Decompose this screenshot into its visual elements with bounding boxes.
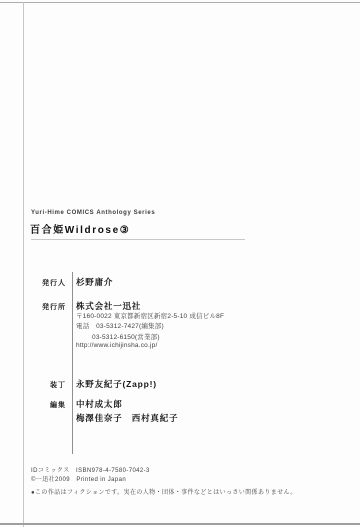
book-title: 百合姫Wildrose③ (30, 221, 130, 236)
page-top-edge (0, 2, 360, 3)
series-name: Yuri-Hime COMICS Anthology Series (31, 210, 155, 216)
publisher-website-url: http://www.ichijinsha.co.jp/ (76, 342, 157, 349)
colophon-page: Yuri-Hime COMICS Anthology Series 百合姫Wil… (0, 0, 360, 527)
publisher-tel-editorial: 電話 03-5312-7427(編集部) (76, 321, 164, 330)
publisher-tel-sales: 03-5312-6150(営業部) (92, 332, 160, 341)
page-left-edge (23, 2, 24, 527)
editor-name-2: 梅澤佳奈子 西村真紀子 (76, 412, 178, 424)
publisher-address: 〒160-0022 東京都新宿区新宿2-5-10 成信ビル8F (76, 311, 224, 320)
editor-name-1: 中村成太郎 (76, 398, 123, 410)
designer-name: 永野友紀子(Zapp!) (76, 378, 157, 390)
copyright-line: ©一迅社2009 Printed in Japan (31, 474, 126, 483)
page-bottom-edge (0, 523, 360, 525)
publisher-person-name: 杉野庸介 (76, 276, 113, 288)
fiction-disclaimer: ●この作品はフィクションです。実在の人物・団体・事件などとはいっさい関係ありませ… (31, 487, 297, 496)
design-label: 装丁 (30, 380, 66, 390)
title-underline (31, 239, 245, 240)
publisher-person-label: 発行人 (30, 278, 66, 288)
publisher-office-label: 発行所 (30, 302, 66, 312)
editing-label: 編集 (30, 400, 66, 410)
isbn-line: IDコミックス ISBN978-4-7580-7042-3 (31, 465, 150, 474)
colophon-divider-line (72, 272, 73, 454)
